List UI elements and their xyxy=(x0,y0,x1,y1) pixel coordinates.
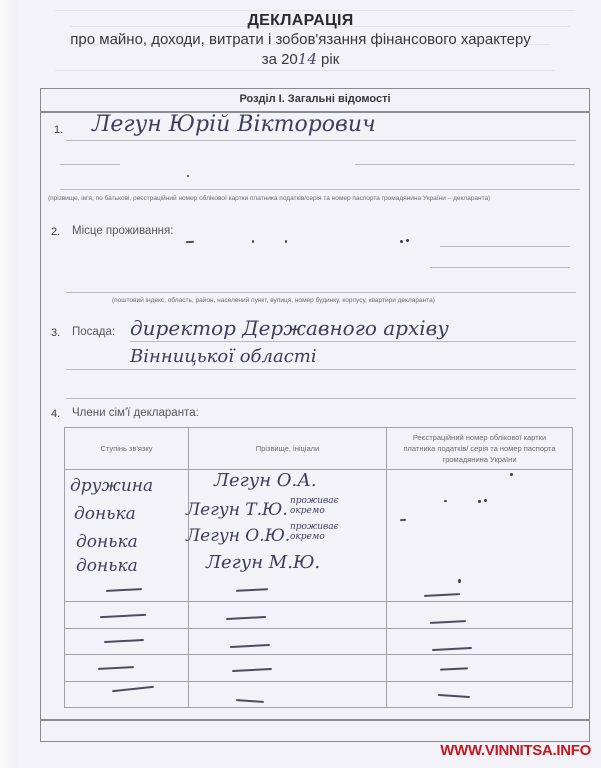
ink-dot xyxy=(458,579,461,583)
field1-line-3 xyxy=(60,189,580,190)
ink-dot xyxy=(187,175,189,177)
header-id: Реєстраційний номер облікової картки пла… xyxy=(387,428,573,470)
header-relation: Ступінь зв'язку xyxy=(65,428,189,470)
member-4-relation: донька xyxy=(76,556,138,576)
bleed-through-line xyxy=(55,70,555,71)
field2-number: 2. xyxy=(51,226,60,238)
bleed-through-line xyxy=(55,10,575,11)
field2-caption: (поштовий індекс, область, район, населе… xyxy=(112,297,435,304)
ink-dot xyxy=(484,499,487,502)
member-1-relation: дружина xyxy=(70,476,153,496)
ink-dot xyxy=(444,500,447,502)
declaration-year: за 2014 рік xyxy=(0,50,601,68)
ink-dot xyxy=(252,240,254,243)
ink-mark xyxy=(400,519,406,521)
member-1-name: Легун О.А. xyxy=(214,470,317,491)
field3-line-2 xyxy=(66,369,576,370)
field1-line xyxy=(66,140,576,141)
table-row-empty xyxy=(65,655,573,682)
field2-label: Місце проживання: xyxy=(72,225,173,237)
field1-line-2a xyxy=(60,164,120,165)
member-2-relation: донька xyxy=(74,504,136,524)
ink-dot xyxy=(285,240,287,243)
ink-dot xyxy=(478,500,481,503)
ink-dot xyxy=(406,239,409,242)
field1-number: 1. xyxy=(54,124,63,136)
field3-line-3 xyxy=(66,398,576,399)
field3-line-1 xyxy=(130,341,576,342)
member-2-name: Легун Т.Ю. xyxy=(186,500,288,520)
member-4-name: Легун М.Ю. xyxy=(206,552,320,573)
declarant-name: Легун Юрій Вікторович xyxy=(92,112,376,137)
source-watermark: WWW.VINNITSA.INFO xyxy=(440,742,591,759)
id-cell xyxy=(387,470,573,602)
header-name: Прізвище, ініціали xyxy=(189,428,387,470)
year-prefix: за 20 xyxy=(262,51,298,68)
document-subtitle: про майно, доходи, витрати і зобов'язанн… xyxy=(0,31,601,48)
field2-line-1 xyxy=(440,246,570,247)
field2-line-2 xyxy=(430,267,570,268)
field1-caption: (прізвище, ім'я, по батькові, реєстрацій… xyxy=(48,195,490,202)
member-3-relation: донька xyxy=(76,532,138,552)
ink-dot xyxy=(400,240,403,243)
table-row-empty xyxy=(65,682,573,708)
field4-number: 4. xyxy=(51,408,60,420)
section-title: Розділ І. Загальні відомості xyxy=(40,93,590,105)
field3-label: Посада: xyxy=(72,326,115,338)
field1-line-2b xyxy=(355,164,575,165)
member-2-note: проживає окремо xyxy=(290,496,370,516)
year-handwritten: 14 xyxy=(298,50,317,68)
member-3-note: проживає окремо xyxy=(290,522,370,542)
member-3-name: Легун О.Ю. xyxy=(186,526,290,546)
section-bottom-divider xyxy=(40,719,590,721)
position-line2: Вінницької області xyxy=(130,346,317,367)
field4-label: Члени сім'ї декларанта: xyxy=(72,407,199,419)
ink-dot xyxy=(510,473,513,476)
field2-line-3 xyxy=(66,292,576,293)
field3-number: 3. xyxy=(51,327,60,339)
year-suffix: рік xyxy=(321,51,339,68)
table-row-empty xyxy=(65,629,573,655)
position-line1: директор Державного архіву xyxy=(130,316,449,340)
document-title: ДЕКЛАРАЦІЯ xyxy=(0,12,601,30)
page-edge-shadow xyxy=(0,0,18,768)
